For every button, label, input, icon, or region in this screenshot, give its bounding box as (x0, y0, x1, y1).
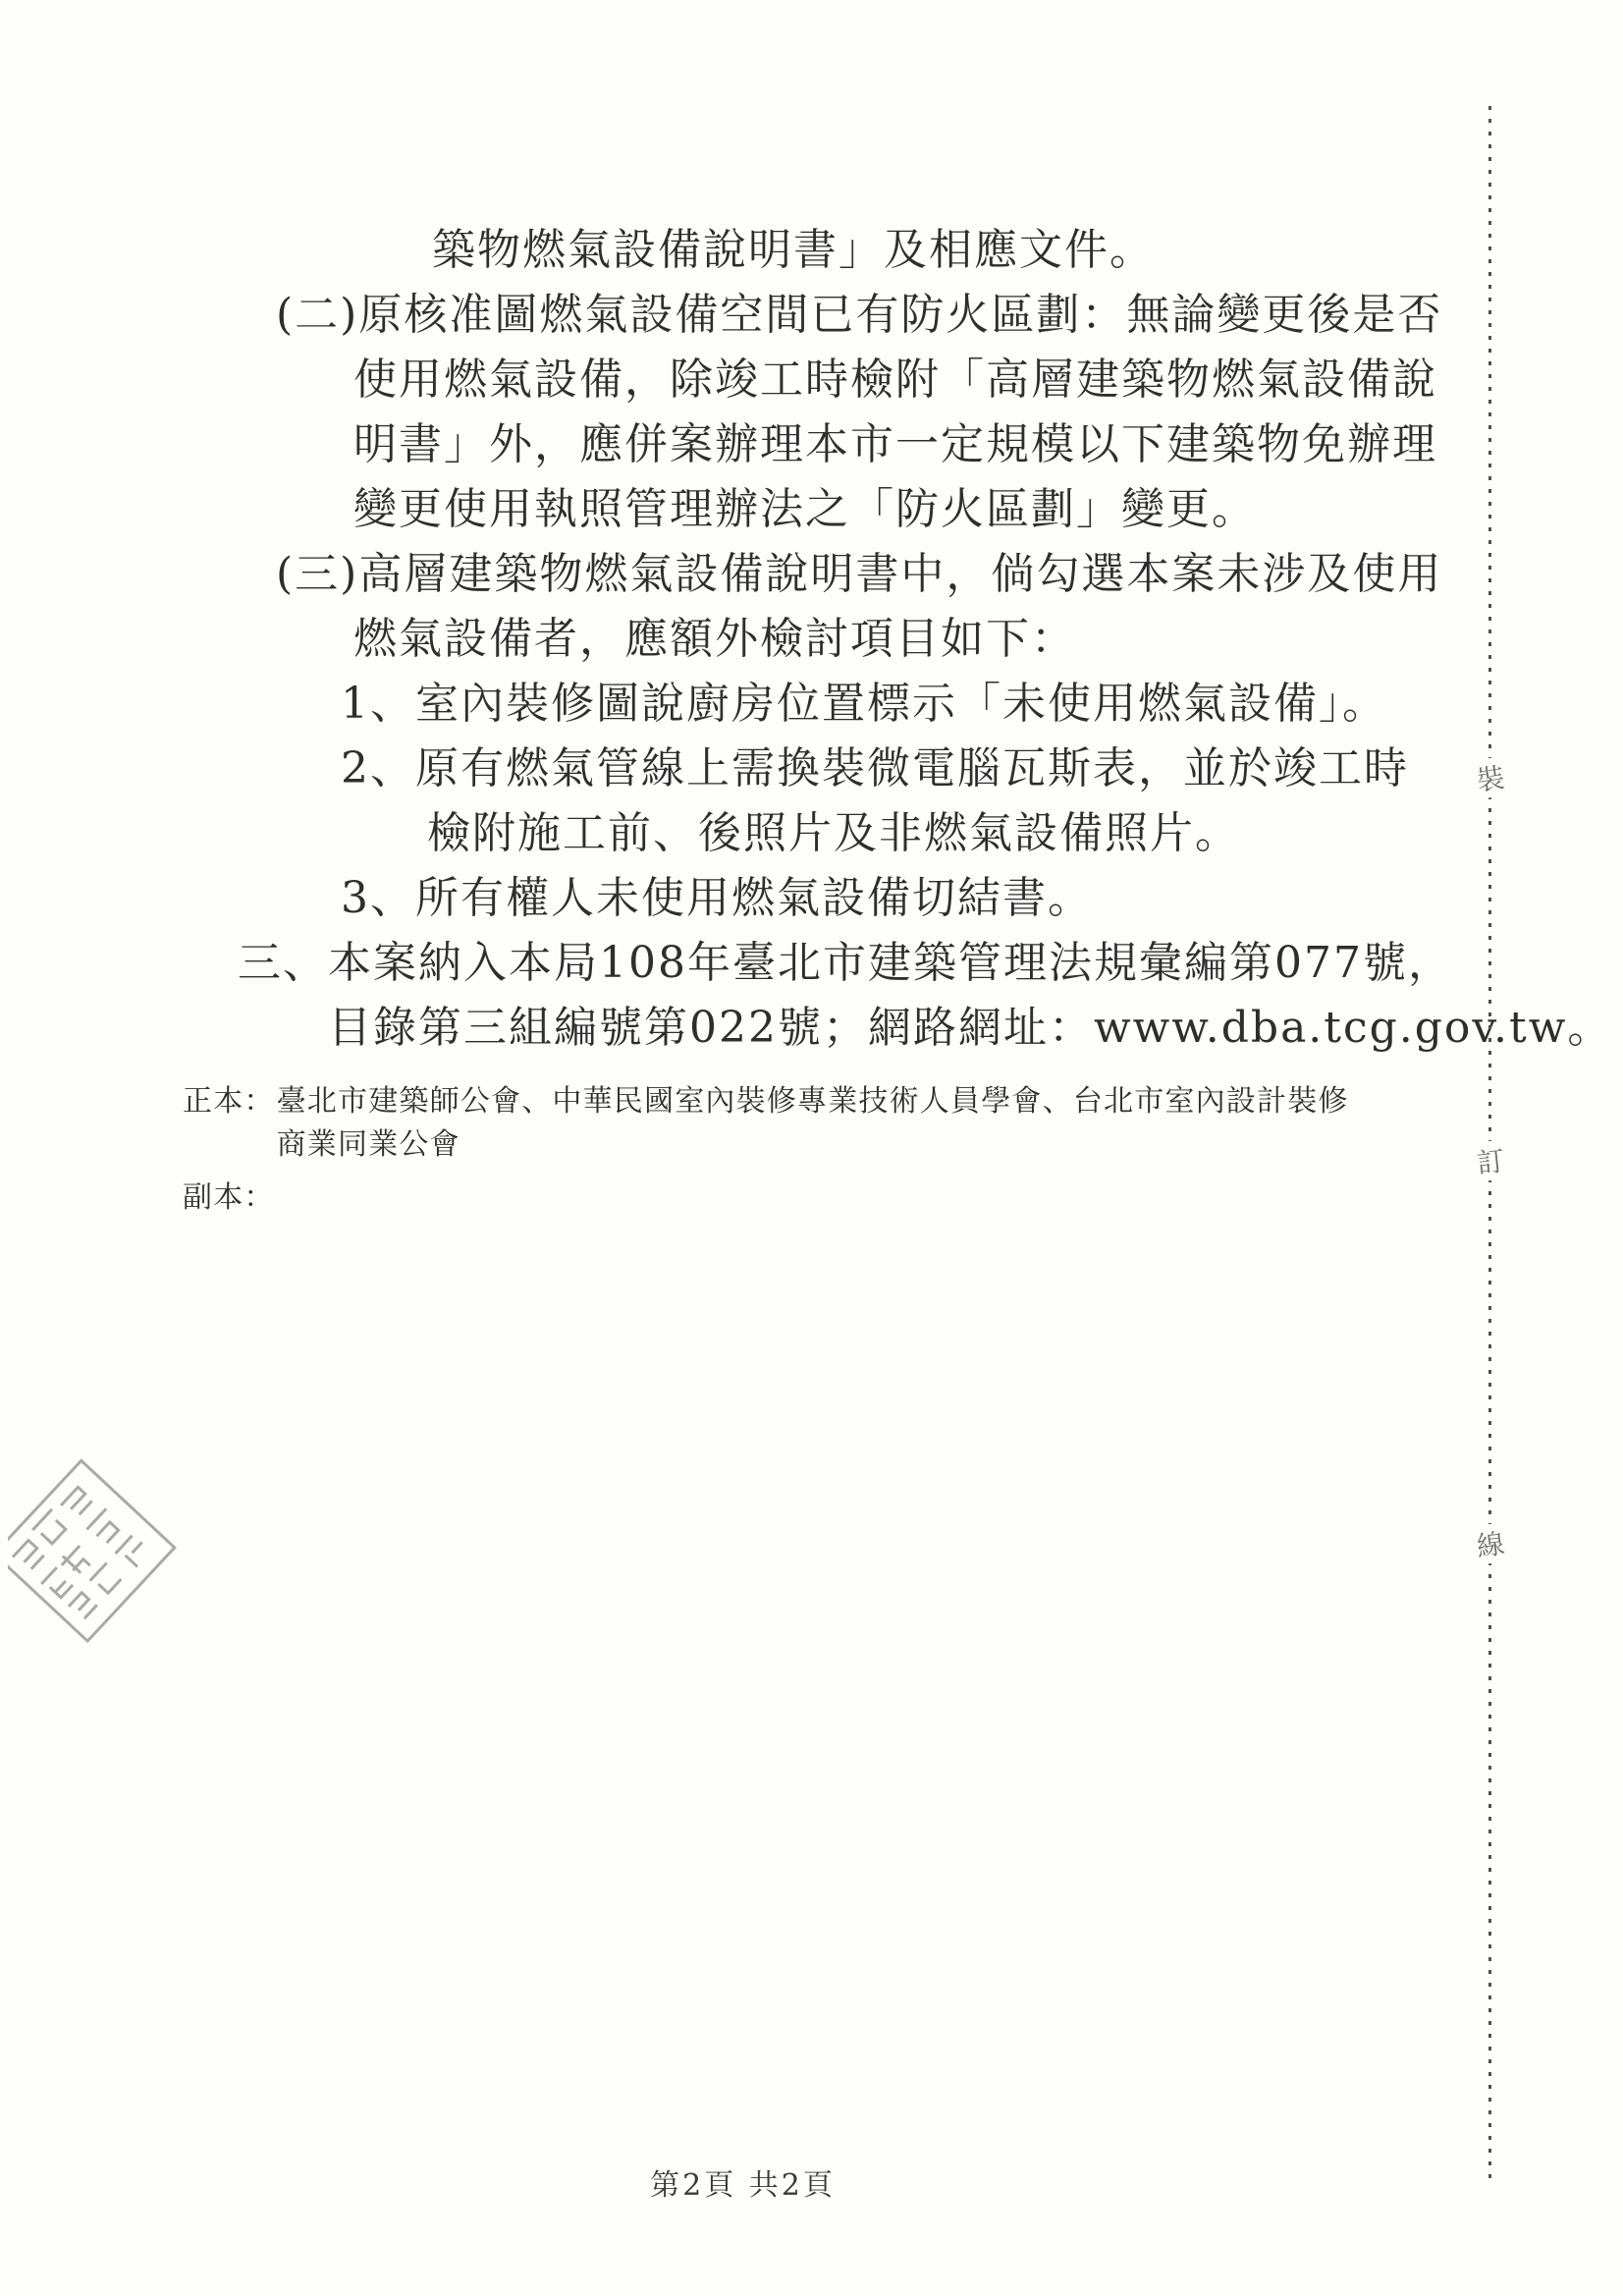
scanned-document-page: 築物燃氣設備說明書」及相應文件。(二)原核准圖燃氣設備空間已有防火區劃：無論變更… (0, 0, 1623, 2296)
copy-recipients-row: 副本： (183, 1176, 1439, 1220)
body-line: 築物燃氣設備說明書」及相應文件。 (432, 218, 1532, 283)
body-line: 3、所有權人未使用燃氣設備切結書。 (341, 866, 1532, 931)
body-line: 檢附施工前、後照片及非燃氣設備照片。 (427, 801, 1532, 866)
body-line: 變更使用執照管理辦法之「防火區劃」變更。 (353, 477, 1532, 542)
body-text: 築物燃氣設備說明書」及相應文件。(二)原核准圖燃氣設備空間已有防火區劃：無論變更… (0, 218, 1532, 1061)
original-value: 臺北市建築師公會、中華民國室內裝修專業技術人員學會、台北市室內設計裝修商業同業公… (277, 1080, 1372, 1167)
body-line: 三、本案納入本局108年臺北市建築管理法規彙編第077號， (238, 931, 1532, 996)
body-line: 燃氣設備者，應額外檢討項目如下： (353, 607, 1532, 672)
copy-label: 副本： (183, 1176, 275, 1220)
body-line: 目錄第三組編號第022號；網路網址：www.dba.tcg.gov.tw。 (328, 996, 1532, 1061)
body-line: 明書」外，應併案辦理本市一定規模以下建築物免辦理 (353, 412, 1532, 477)
binding-mark: 線 (1471, 1522, 1511, 1565)
seal-icon (8, 1446, 185, 1652)
body-line: 1、室內裝修圖說廚房位置標示「未使用燃氣設備」。 (341, 672, 1532, 737)
page-number: 第2頁 共2頁 (650, 2160, 836, 2204)
body-line: 2、原有燃氣管線上需換裝微電腦瓦斯表，並於竣工時 (341, 737, 1532, 801)
original-recipients-row: 正本： 臺北市建築師公會、中華民國室內裝修專業技術人員學會、台北市室內設計裝修商… (183, 1080, 1439, 1167)
recipients-block: 正本： 臺北市建築師公會、中華民國室內裝修專業技術人員學會、台北市室內設計裝修商… (183, 1080, 1439, 1220)
page-footer: 第2頁 共2頁 (0, 2160, 1623, 2204)
binding-mark: 裝 (1470, 756, 1510, 800)
original-label: 正本： (183, 1080, 275, 1123)
binding-mark: 訂 (1471, 1139, 1510, 1182)
body-line: 使用燃氣設備，除竣工時檢附「高層建築物燃氣設備說 (353, 348, 1532, 412)
official-seal-stamp (8, 1446, 185, 1656)
body-line: (二)原核准圖燃氣設備空間已有防火區劃：無論變更後是否 (276, 283, 1532, 348)
body-line: (三)高層建築物燃氣設備說明書中，倘勾選本案未涉及使用 (276, 542, 1532, 607)
